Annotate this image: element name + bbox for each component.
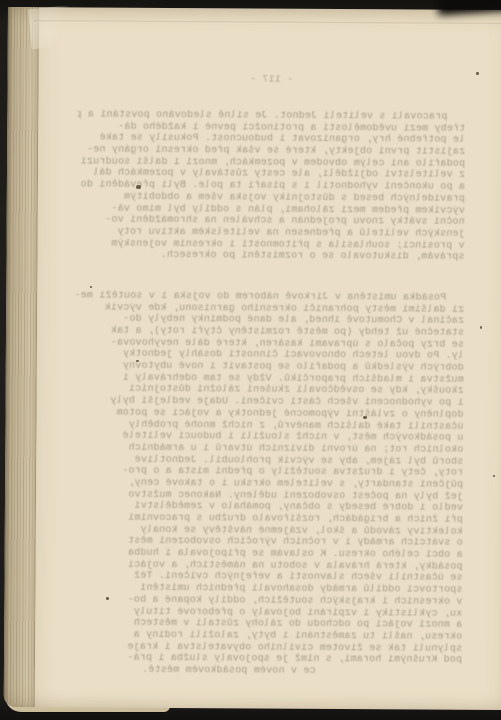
- ink-speck: [363, 416, 367, 419]
- ink-speck: [480, 326, 482, 329]
- ink-speck: [476, 72, 479, 75]
- showthrough-paragraphs: pracovali s veliteli Jednot. Je silně sl…: [74, 109, 465, 678]
- ink-speck: [493, 475, 495, 477]
- paragraph: Posádka umístěna v Jirkově náborem do vo…: [74, 290, 464, 678]
- fore-edge-page-stack: [4, 7, 39, 707]
- ink-speck: [106, 597, 109, 600]
- ink-speck: [90, 286, 92, 288]
- ink-speck: [136, 360, 139, 362]
- text-line: správám, diskutovalo se o rozmístění po …: [76, 250, 464, 264]
- scan-background: - 117 - pracovali s veliteli Jednot. Je …: [0, 0, 501, 720]
- showthrough-text: - 117 - pracovali s veliteli Jednot. Je …: [74, 69, 466, 678]
- book-page: - 117 - pracovali s veliteli Jednot. Je …: [4, 7, 501, 710]
- page-number: - 117 -: [78, 73, 466, 87]
- text-line: při žních a brigádách, rozšiřovalo družb…: [75, 512, 463, 526]
- ink-speck: [136, 185, 141, 189]
- paragraph: pracovali s veliteli Jednot. Je silně sl…: [76, 109, 465, 263]
- page-top-crease: [34, 20, 501, 25]
- text-line: ce v novém posádkovém městě.: [74, 664, 462, 678]
